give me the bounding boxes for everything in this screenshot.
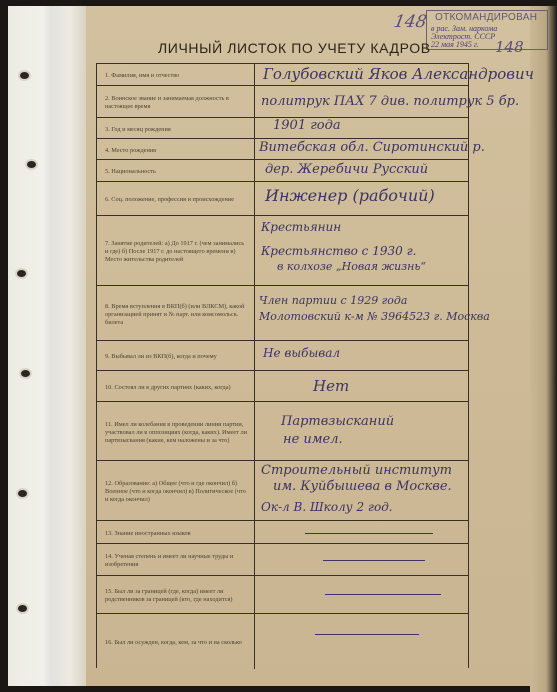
- handwritten-text: Нет: [313, 377, 349, 395]
- punch-hole: [18, 605, 27, 612]
- handwritten-text: политрук ПАХ 7 див. политрук 5 бр.: [261, 94, 519, 109]
- form-row: 14. Ученая степень и имеет ли научные тр…: [97, 543, 468, 576]
- form-row: 13. Знание иностранных языков: [97, 520, 468, 544]
- row-answer: [257, 614, 557, 669]
- handwritten-text: Член партии с 1929 года: [259, 294, 407, 307]
- row-label: 9. Выбывал ли из ВКП(б), когда и почему: [97, 341, 255, 371]
- handwritten-text: Витебская обл. Сиротинский р.: [259, 140, 485, 155]
- row-answer: [257, 521, 557, 544]
- handwritten-text: им. Куйбышева в Москве.: [273, 479, 452, 494]
- punch-hole: [20, 72, 29, 79]
- stamp-title: ОТКОМАНДИРОВАН: [435, 12, 537, 23]
- reassignment-stamp: ОТКОМАНДИРОВАН в рас. Зам. наркома Элект…: [426, 10, 548, 50]
- form-title: ЛИЧНЫЙ ЛИСТОК ПО УЧЕТУ КАДРОВ: [158, 40, 431, 56]
- form-row: 5. Национальность дер. Жеребичи Русский: [97, 159, 468, 182]
- punch-hole: [27, 161, 36, 168]
- row-label: 4. Место рождения: [97, 139, 255, 160]
- empty-answer-dash: [323, 560, 425, 561]
- row-label: 2. Воинское звание и занимаемая должност…: [97, 86, 255, 118]
- empty-answer-dash: [325, 594, 441, 595]
- row-answer: Голубовский Яков Александрович: [257, 64, 557, 86]
- handwritten-text: Партвзысканий: [281, 414, 394, 429]
- handwritten-text: 1901 года: [273, 118, 341, 133]
- form-row: 4. Место рождения Витебская обл. Сиротин…: [97, 138, 468, 160]
- stamp-line: 22 мая 1945 г.: [431, 40, 479, 49]
- handwritten-text: Крестьянство с 1930 г.: [261, 244, 416, 258]
- handwritten-text: не имел.: [283, 432, 343, 447]
- handwritten-text: Инженер (рабочий): [265, 186, 435, 205]
- form-row: 11. Имел ли колебания в проведении линии…: [97, 401, 468, 461]
- row-answer: Строительный институт им. Куйбышева в Мо…: [257, 461, 557, 521]
- row-label: 7. Занятие родителей: а) До 1917 г. (чем…: [97, 216, 255, 286]
- row-label: 10. Состоял ли в других партиях (каких, …: [97, 371, 255, 402]
- form-row: 6. Соц. положение, профессия и происхожд…: [97, 181, 468, 216]
- row-label: 6. Соц. положение, профессия и происхожд…: [97, 182, 255, 216]
- form-row: 1. Фамилия, имя и отчество Голубовский Я…: [97, 63, 468, 86]
- handwritten-text: Строительный институт: [261, 463, 452, 478]
- row-label: 5. Национальность: [97, 160, 255, 182]
- row-answer: Крестьянин Крестьянство с 1930 г. в колх…: [257, 216, 557, 286]
- personnel-form-table: 1. Фамилия, имя и отчество Голубовский Я…: [96, 63, 469, 668]
- page-number-repeat: 148: [495, 38, 524, 56]
- row-answer: Не выбывал: [257, 341, 557, 371]
- form-row: 10. Состоял ли в других партиях (каких, …: [97, 370, 468, 402]
- handwritten-text: Молотовский к-м № 3964523 г. Москва: [259, 310, 490, 323]
- handwritten-text: Не выбывал: [263, 346, 340, 360]
- page-number: 148: [392, 12, 428, 32]
- form-row: 9. Выбывал ли из ВКП(б), когда и почему …: [97, 340, 468, 371]
- row-label: 12. Образование: а) Общее (что и где око…: [97, 461, 255, 521]
- form-row: 2. Воинское звание и занимаемая должност…: [97, 85, 468, 118]
- handwritten-text: Ок-л В. Школу 2 год.: [261, 500, 393, 514]
- row-label: 11. Имел ли колебания в проведении линии…: [97, 402, 255, 461]
- row-label: 15. Был ли за границей (где, когда) имее…: [97, 576, 255, 614]
- form-row: 15. Был ли за границей (где, когда) имее…: [97, 575, 468, 614]
- row-answer: [257, 576, 557, 614]
- punch-hole: [21, 370, 30, 377]
- row-answer: Партвзысканий не имел.: [257, 402, 557, 461]
- row-answer: Член партии с 1929 года Молотовский к-м …: [257, 286, 557, 341]
- row-label: 3. Год и месяц рождения: [97, 118, 255, 139]
- empty-answer-dash: [315, 634, 419, 635]
- row-answer: [257, 544, 557, 576]
- row-label: 8. Время вступления в ВКП(б) (или ВЛКСМ)…: [97, 286, 255, 341]
- punch-hole: [17, 270, 26, 277]
- row-label: 16. Был ли осужден, когда, кем, за что и…: [97, 614, 255, 669]
- row-answer: дер. Жеребичи Русский: [257, 160, 557, 182]
- row-answer: Инженер (рабочий): [257, 182, 557, 216]
- row-answer: политрук ПАХ 7 див. политрук 5 бр.: [257, 86, 557, 118]
- form-row: 3. Год и месяц рождения 1901 года: [97, 117, 468, 139]
- form-row: 8. Время вступления в ВКП(б) (или ВЛКСМ)…: [97, 285, 468, 341]
- handwritten-text: Крестьянин: [261, 220, 341, 234]
- punch-hole: [18, 490, 27, 497]
- row-answer: 1901 года: [257, 118, 557, 139]
- form-row: 16. Был ли осужден, когда, кем, за что и…: [97, 613, 468, 669]
- handwritten-text: в колхозе „Новая жизнь“: [277, 260, 426, 273]
- empty-answer-dash: [305, 533, 433, 534]
- handwritten-text: Голубовский Яков Александрович: [263, 65, 534, 83]
- row-answer: Нет: [257, 371, 557, 402]
- row-label: 13. Знание иностранных языков: [97, 521, 255, 544]
- row-answer: Витебская обл. Сиротинский р.: [257, 139, 557, 160]
- form-row: 12. Образование: а) Общее (что и где око…: [97, 460, 468, 521]
- row-label: 14. Ученая степень и имеет ли научные тр…: [97, 544, 255, 576]
- row-label: 1. Фамилия, имя и отчество: [97, 64, 255, 86]
- form-row: 7. Занятие родителей: а) До 1917 г. (чем…: [97, 215, 468, 286]
- binding-strip: [8, 6, 86, 686]
- handwritten-text: дер. Жеребичи Русский: [265, 162, 428, 177]
